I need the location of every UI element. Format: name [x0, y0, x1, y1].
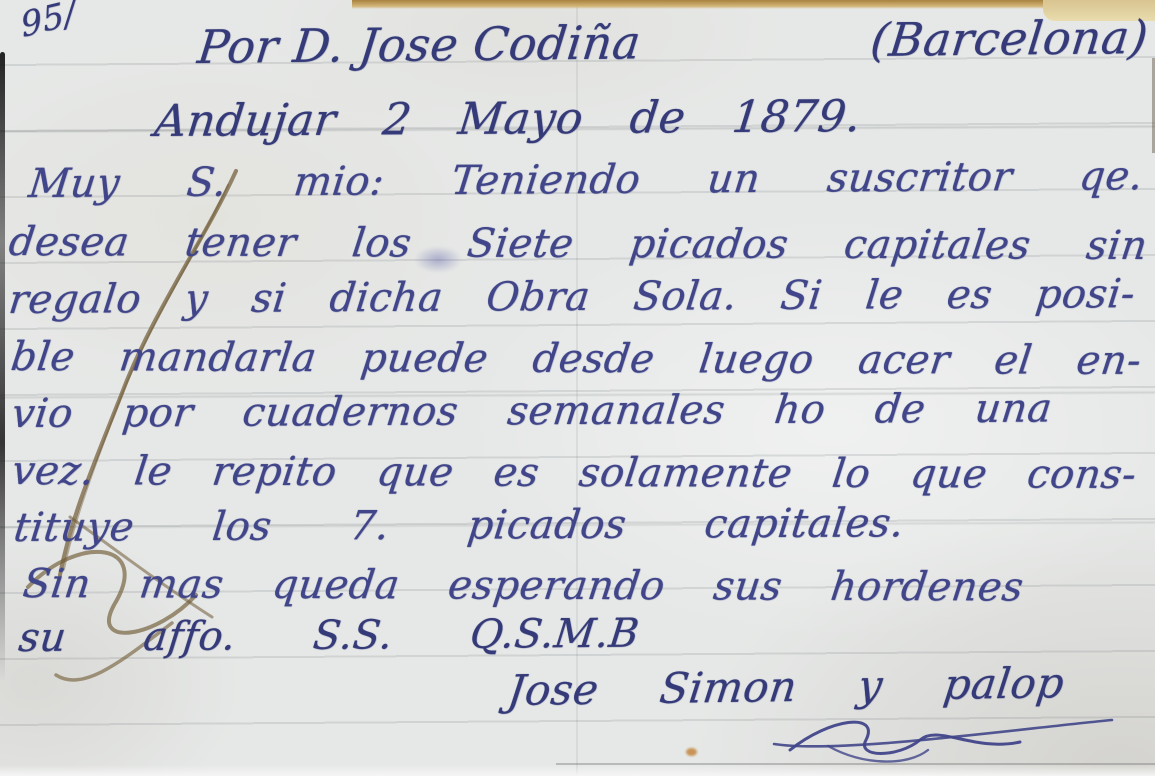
dateline: Andujar 2 Mayo de 1879. — [152, 91, 864, 147]
closing-line: su affo. S.S. Q.S.M.B — [16, 608, 642, 664]
body-line: tituye los 7. picados capitales. — [11, 497, 907, 554]
ink-blot — [414, 246, 462, 273]
body-line: regalo y si dicha Obra Sola. Si le es po… — [6, 268, 1138, 326]
body-line: ble mandarla puede desde luego acer el e… — [8, 331, 1145, 387]
scanned-letter: 95/ Por D. Jose Codiña (Barcelona) Anduj… — [0, 0, 1155, 776]
body-line: desea tener los Siete picados capitales … — [6, 216, 1151, 272]
salutation-body-line: Muy S. mio: Teniendo un suscritor qe. — [26, 150, 1146, 210]
recipient-name: Por D. Jose Codiña — [195, 15, 644, 74]
recipient-city: (Barcelona) — [868, 10, 1151, 67]
signature-rubric-flourish — [768, 700, 1118, 772]
body-line: vio por cuadernos semanales ho de una — [9, 383, 1055, 440]
scan-edge-top — [352, 0, 1155, 9]
body-line: Sin mas queda esperando sus hordenes — [20, 558, 1027, 613]
recipient-line: Por D. Jose Codiña (Barcelona) — [195, 10, 1151, 74]
body-line: vez. le repito que es solamente lo que c… — [9, 445, 1140, 501]
paper-stain — [686, 748, 697, 756]
